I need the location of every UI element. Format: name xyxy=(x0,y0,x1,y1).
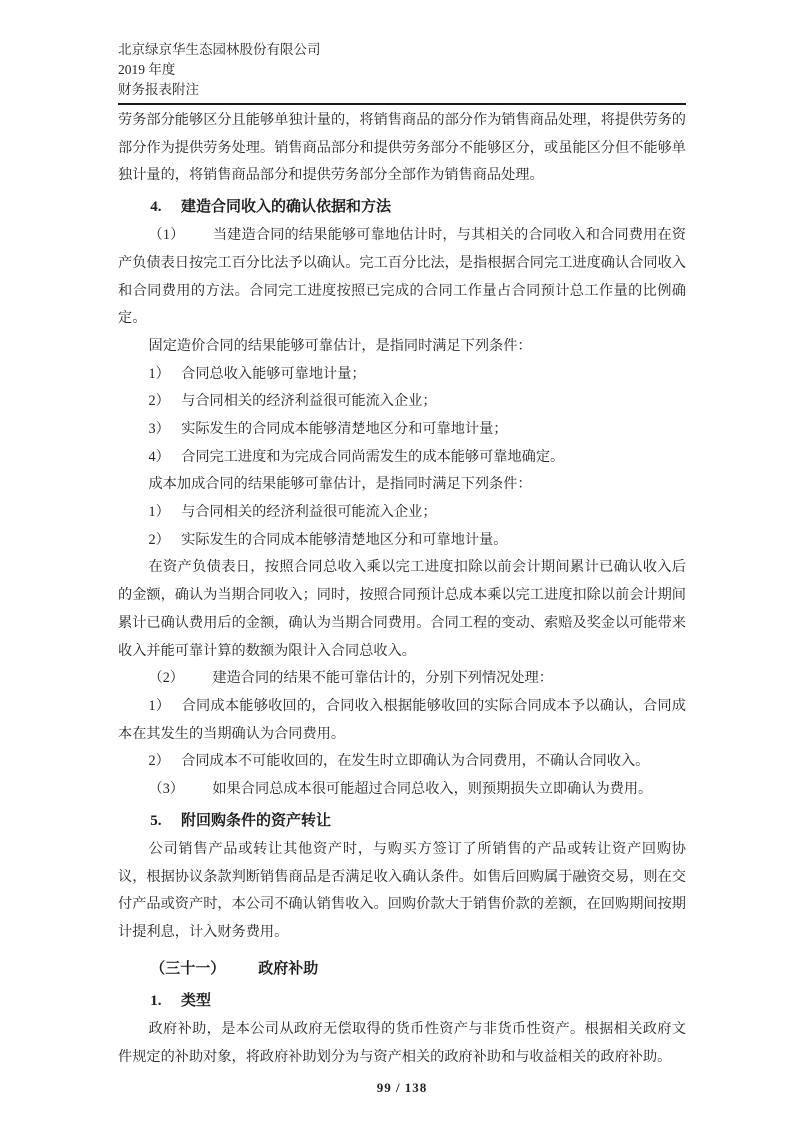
list-item-marker: 2） xyxy=(149,532,170,548)
list-item: 2）合同成本不可能收回的，在发生时立即确认为合同费用，不确认合同收入。 xyxy=(118,748,686,776)
header-fiscal-year: 2019 年度 xyxy=(118,60,686,80)
document-body: 劳务部分能够区分且能够单独计量的，将销售商品的部分作为销售商品处理，将提供劳务的… xyxy=(118,107,686,1072)
paragraph-cost-plus-intro: 成本加成合同的结果能够可靠估计，是指同时满足下列条件： xyxy=(118,471,686,499)
section-31-number: （三十一） xyxy=(150,961,225,977)
section-31-title: 政府补助 xyxy=(258,961,318,977)
document-page: 北京绿京华生态园林股份有限公司 2019 年度 财务报表附注 劳务部分能够区分且… xyxy=(0,0,800,1130)
paragraph-s4-2-text: 建造合同的结果不能可靠估计的，分别下列情况处理： xyxy=(212,670,553,686)
list-item: 1）合同总收入能够可靠地计量； xyxy=(118,361,686,389)
list-item-text: 实际发生的合同成本能够清楚地区分和可靠地计量； xyxy=(181,421,507,437)
list-item: 4）合同完工进度和为完成合同尚需发生的成本能够可靠地确定。 xyxy=(118,444,686,472)
list-item: 2）与合同相关的经济利益很可能流入企业； xyxy=(118,388,686,416)
header-doc-title: 财务报表附注 xyxy=(118,80,686,100)
paragraph-service-split: 劳务部分能够区分且能够单独计量的，将销售商品的部分作为销售商品处理，将提供劳务的… xyxy=(118,107,686,190)
paragraph-s4-2-marker: （2） xyxy=(149,670,184,686)
list-item-marker: 3） xyxy=(149,421,170,437)
section-31-heading: （三十一）政府补助 xyxy=(118,955,686,984)
page-header: 北京绿京华生态园林股份有限公司 2019 年度 财务报表附注 xyxy=(118,40,686,100)
list-item-text: 与合同相关的经济利益很可能流入企业； xyxy=(181,504,436,520)
paragraph-s4-1-marker: （1） xyxy=(149,227,185,243)
section-5-number: 5. xyxy=(150,813,161,829)
paragraph-s4-3-marker: （3） xyxy=(149,781,184,797)
list-item-marker: 1） xyxy=(149,698,171,714)
paragraph-s4-1: （1）当建造合同的结果能够可靠地估计时，与其相关的合同收入和合同费用在资产负债表… xyxy=(118,222,686,333)
list-item-marker: 1） xyxy=(149,366,170,382)
section-4-title: 建造合同收入的确认依据和方法 xyxy=(181,199,391,215)
paragraph-government-grants: 政府补助，是本公司从政府无偿取得的货币性资产与非货币性资产。根据相关政府文件规定… xyxy=(118,1016,686,1071)
section-5-title: 附回购条件的资产转让 xyxy=(181,813,331,829)
paragraph-s4-3-text: 如果合同总成本很可能超过合同总收入，则预期损失立即确认为费用。 xyxy=(212,781,652,797)
page-number: 99 / 138 xyxy=(118,1080,686,1096)
list-item: 1）与合同相关的经济利益很可能流入企业； xyxy=(118,499,686,527)
section-4-number: 4. xyxy=(150,199,161,215)
section-31-sub1-heading: 1.类型 xyxy=(118,987,686,1016)
list-item-text: 实际发生的合同成本能够清楚地区分和可靠地计量。 xyxy=(181,532,507,548)
paragraph-balance-sheet-date: 在资产负债表日，按照合同总收入乘以完工进度扣除以前会计期间累计已确认收入后的金额… xyxy=(118,554,686,665)
list-item-text: 与合同相关的经济利益很可能流入企业； xyxy=(181,393,436,409)
list-item: 3）实际发生的合同成本能够清楚地区分和可靠地计量； xyxy=(118,416,686,444)
section-5-heading: 5.附回购条件的资产转让 xyxy=(118,807,686,836)
paragraph-s4-3: （3）如果合同总成本很可能超过合同总收入，则预期损失立即确认为费用。 xyxy=(118,776,686,804)
header-divider-line xyxy=(118,103,686,105)
section-31-sub1-number: 1. xyxy=(150,993,161,1009)
header-company-name: 北京绿京华生态园林股份有限公司 xyxy=(118,40,686,60)
list-item-marker: 1） xyxy=(149,504,170,520)
list-item-text: 合同完工进度和为完成合同尚需发生的成本能够可靠地确定。 xyxy=(181,449,564,465)
list-item: 1）合同成本能够收回的，合同收入根据能够收回的实际合同成本予以确认，合同成本在其… xyxy=(118,693,686,748)
list-item: 2）实际发生的合同成本能够清楚地区分和可靠地计量。 xyxy=(118,527,686,555)
list-item-text: 合同总收入能够可靠地计量； xyxy=(181,366,365,382)
paragraph-fixed-price-intro: 固定造价合同的结果能够可靠估计，是指同时满足下列条件： xyxy=(118,333,686,361)
list-item-marker: 4） xyxy=(149,449,170,465)
list-item-text: 合同成本不可能收回的，在发生时立即确认为合同费用，不确认合同收入。 xyxy=(181,753,649,769)
paragraph-s4-2: （2）建造合同的结果不能可靠估计的，分别下列情况处理： xyxy=(118,665,686,693)
list-item-marker: 2） xyxy=(149,393,170,409)
list-item-marker: 2） xyxy=(149,753,170,769)
section-31-sub1-title: 类型 xyxy=(181,993,211,1009)
paragraph-repurchase: 公司销售产品或转让其他资产时，与购买方签订了所销售的产品或转让资产回购协议，根据… xyxy=(118,836,686,947)
section-4-heading: 4.建造合同收入的确认依据和方法 xyxy=(118,193,686,222)
list-item-text: 合同成本能够收回的，合同收入根据能够收回的实际合同成本予以确认，合同成本在其发生… xyxy=(118,698,686,742)
paragraph-s4-1-text: 当建造合同的结果能够可靠地估计时，与其相关的合同收入和合同费用在资产负债表日按完… xyxy=(118,227,686,326)
